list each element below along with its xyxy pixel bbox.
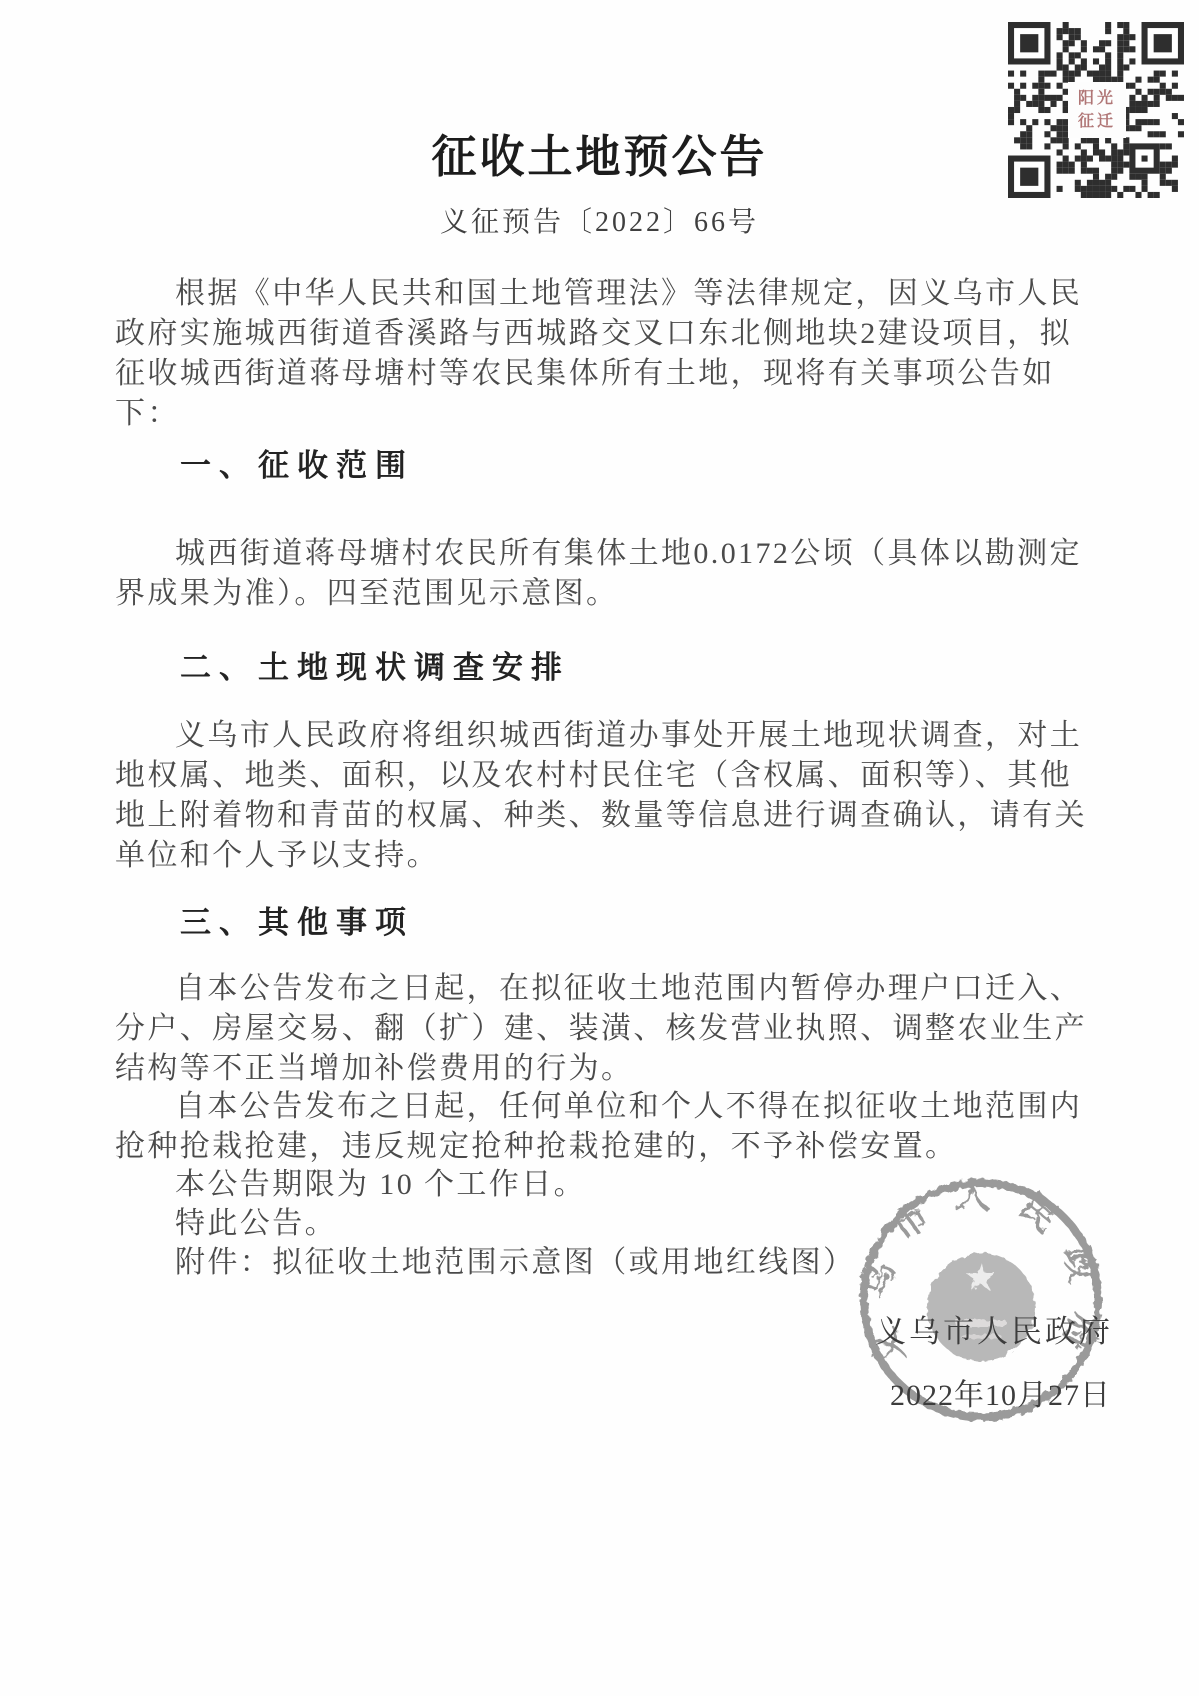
section-2-heading: 二、土地现状调查安排: [180, 642, 570, 687]
section-3-paragraph-1: 自本公告发布之日起，在拟征收土地范围内暂停办理户口迁入、 分户、房屋交易、翻（扩…: [115, 969, 1087, 1089]
document-page: 阳光 征迁 征收土地预公告 义征预告〔2022〕66号 根据《中华人民共和国土地…: [0, 0, 1199, 1696]
intro-paragraph: 根据《中华人民共和国土地管理法》等法律规定，因义乌市人民 政府实施城西街道香溪路…: [115, 274, 1087, 434]
page-title: 征收土地预公告: [0, 120, 1199, 185]
section-2-paragraph: 义乌市人民政府将组织城西街道办事处开展土地现状调查，对土 地权属、地类、面积，以…: [115, 716, 1087, 876]
issue-date: 2022年10月27日: [890, 1370, 1111, 1414]
issuer-signature: 义乌市人民政府: [875, 1306, 1113, 1351]
section-3-paragraph-2: 自本公告发布之日起，任何单位和个人不得在拟征收土地范围内 抢种抢栽抢建，违反规定…: [115, 1087, 1087, 1167]
doc-number: 义征预告〔2022〕66号: [0, 200, 1199, 240]
section-1-paragraph: 城西街道蒋母塘村农民所有集体土地0.0172公顷（具体以勘测定 界成果为准）。四…: [115, 534, 1087, 614]
section-3-heading: 三、其他事项: [180, 897, 414, 942]
section-1-heading: 一、征收范围: [180, 440, 414, 485]
